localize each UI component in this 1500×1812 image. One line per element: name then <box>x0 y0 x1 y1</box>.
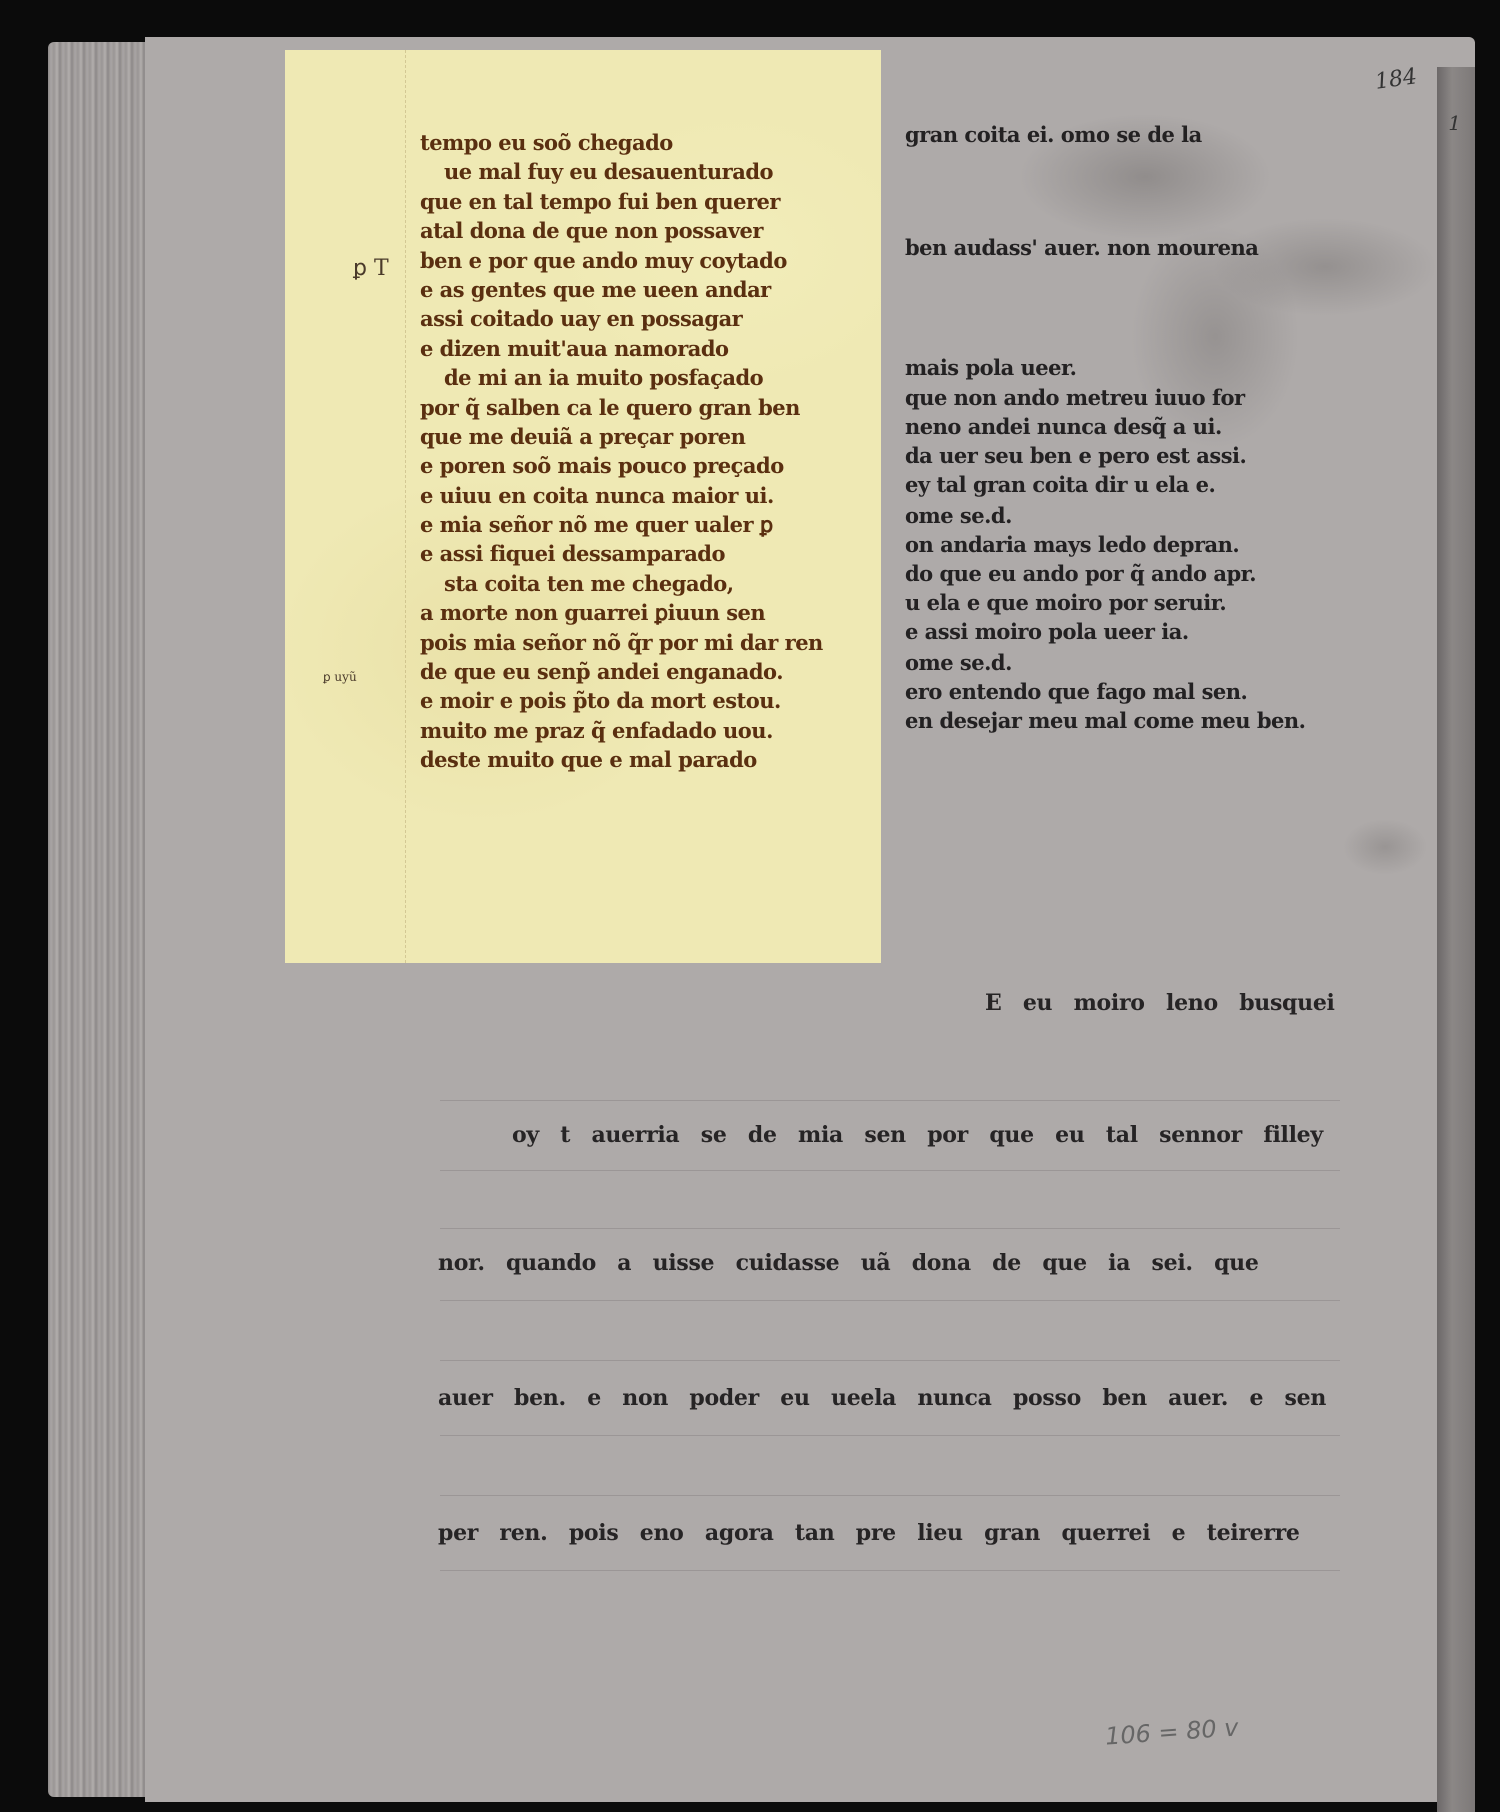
lower-text-line: per ren. pois eno agora tan pre lieu gra… <box>438 1520 1300 1546</box>
inset-line: pois mia señor nõ q̃r por mi dar ren <box>420 628 880 657</box>
page-stack-edge <box>48 42 158 1797</box>
right-column-line: neno andei nunca desq̃ a ui. <box>905 414 1222 439</box>
ruling-line <box>440 1570 1340 1571</box>
inset-text-block: tempo eu soõ chegado ue mal fuy eu desau… <box>420 128 880 775</box>
ruling-line <box>440 1435 1340 1436</box>
right-column-line: on andaria mays ledo depran. <box>905 532 1239 557</box>
inset-line: atal dona de que non possaver <box>420 216 880 245</box>
inset-line: deste muito que e mal parado <box>420 745 880 774</box>
margin-note: ꝑ T <box>353 256 389 281</box>
right-column-line: da uer seu ben e pero est assi. <box>905 443 1246 468</box>
right-column-line: e assi moiro pola ueer ia. <box>905 619 1189 644</box>
folio-number: 184 <box>1373 64 1418 95</box>
lower-text-line: E eu moiro leno busquei <box>985 990 1335 1016</box>
lower-text-line: nor. quando a uisse cuidasse uã dona de … <box>438 1250 1259 1276</box>
ruling-line <box>440 1360 1340 1361</box>
inset-line: sta coita ten me chegado, <box>420 569 880 598</box>
right-column-line: que non ando metreu iuuo for <box>905 385 1245 410</box>
right-column-line: do que eu ando por q̃ ando apr. <box>905 561 1256 586</box>
ruling-line <box>440 1170 1340 1171</box>
ruling-line <box>440 1300 1340 1301</box>
inset-line: de mi an ia muito posfaçado <box>420 363 880 392</box>
ruling-line <box>440 1100 1340 1101</box>
inset-line: e uiuu en coita nunca maior ui. <box>420 481 880 510</box>
inset-line: e mia señor nõ me quer ualer ꝑ <box>420 510 880 539</box>
right-column-line: ben audass' auer. non mourena <box>905 235 1258 260</box>
inset-line: que me deuiã a preçar poren <box>420 422 880 451</box>
ruling-line <box>440 1228 1340 1229</box>
right-column-line: ome se.d. <box>905 650 1012 675</box>
inset-margin-ruling <box>405 50 407 963</box>
right-column-line: ero entendo que fago mal sen. <box>905 679 1247 704</box>
inset-line: muito me praz q̃ enfadado uou. <box>420 716 880 745</box>
inset-line: e moir e pois p̃to da mort estou. <box>420 686 880 715</box>
next-folio-number: 1 <box>1448 111 1461 135</box>
inset-line: tempo eu soõ chegado <box>420 128 880 157</box>
inset-line: ue mal fuy eu desauenturado <box>420 157 880 186</box>
inset-line: ben e por que ando muy coytado <box>420 246 880 275</box>
lower-text-line: auer ben. e non poder eu ueela nunca pos… <box>438 1385 1326 1411</box>
inset-line: que en tal tempo fui ben querer <box>420 187 880 216</box>
inset-line: de que eu senp̃ andei enganado. <box>420 657 880 686</box>
lower-text-line: oy t auerria se de mia sen por que eu ta… <box>512 1122 1323 1148</box>
inset-line: assi coitado uay en possagar <box>420 304 880 333</box>
inset-line: e assi fiquei dessamparado <box>420 539 880 568</box>
inset-line: e poren soõ mais pouco preçado <box>420 451 880 480</box>
right-column-line: u ela e que moiro por seruir. <box>905 590 1226 615</box>
inset-line: e dizen muit'aua namorado <box>420 334 880 363</box>
margin-note: ꝑ uyũ <box>323 670 357 684</box>
next-page-edge: 1 <box>1437 67 1475 1812</box>
right-column-line: ey tal gran coita dir u ela e. <box>905 472 1215 497</box>
right-column-line: ome se.d. <box>905 503 1012 528</box>
parchment-inset-fragment: ꝑ T ꝑ uyũ tempo eu soõ chegado ue mal fu… <box>285 50 881 963</box>
right-column-line: en desejar meu mal come meu ben. <box>905 708 1306 733</box>
right-column-line: gran coita ei. omo se de la <box>905 122 1202 147</box>
inset-line: a morte non guarrei ꝑiuun sen <box>420 598 880 627</box>
inset-line: e as gentes que me ueen andar <box>420 275 880 304</box>
inset-line: por q̃ salben ca le quero gran ben <box>420 393 880 422</box>
right-column-line: mais pola ueer. <box>905 355 1076 380</box>
ruling-line <box>440 1495 1340 1496</box>
